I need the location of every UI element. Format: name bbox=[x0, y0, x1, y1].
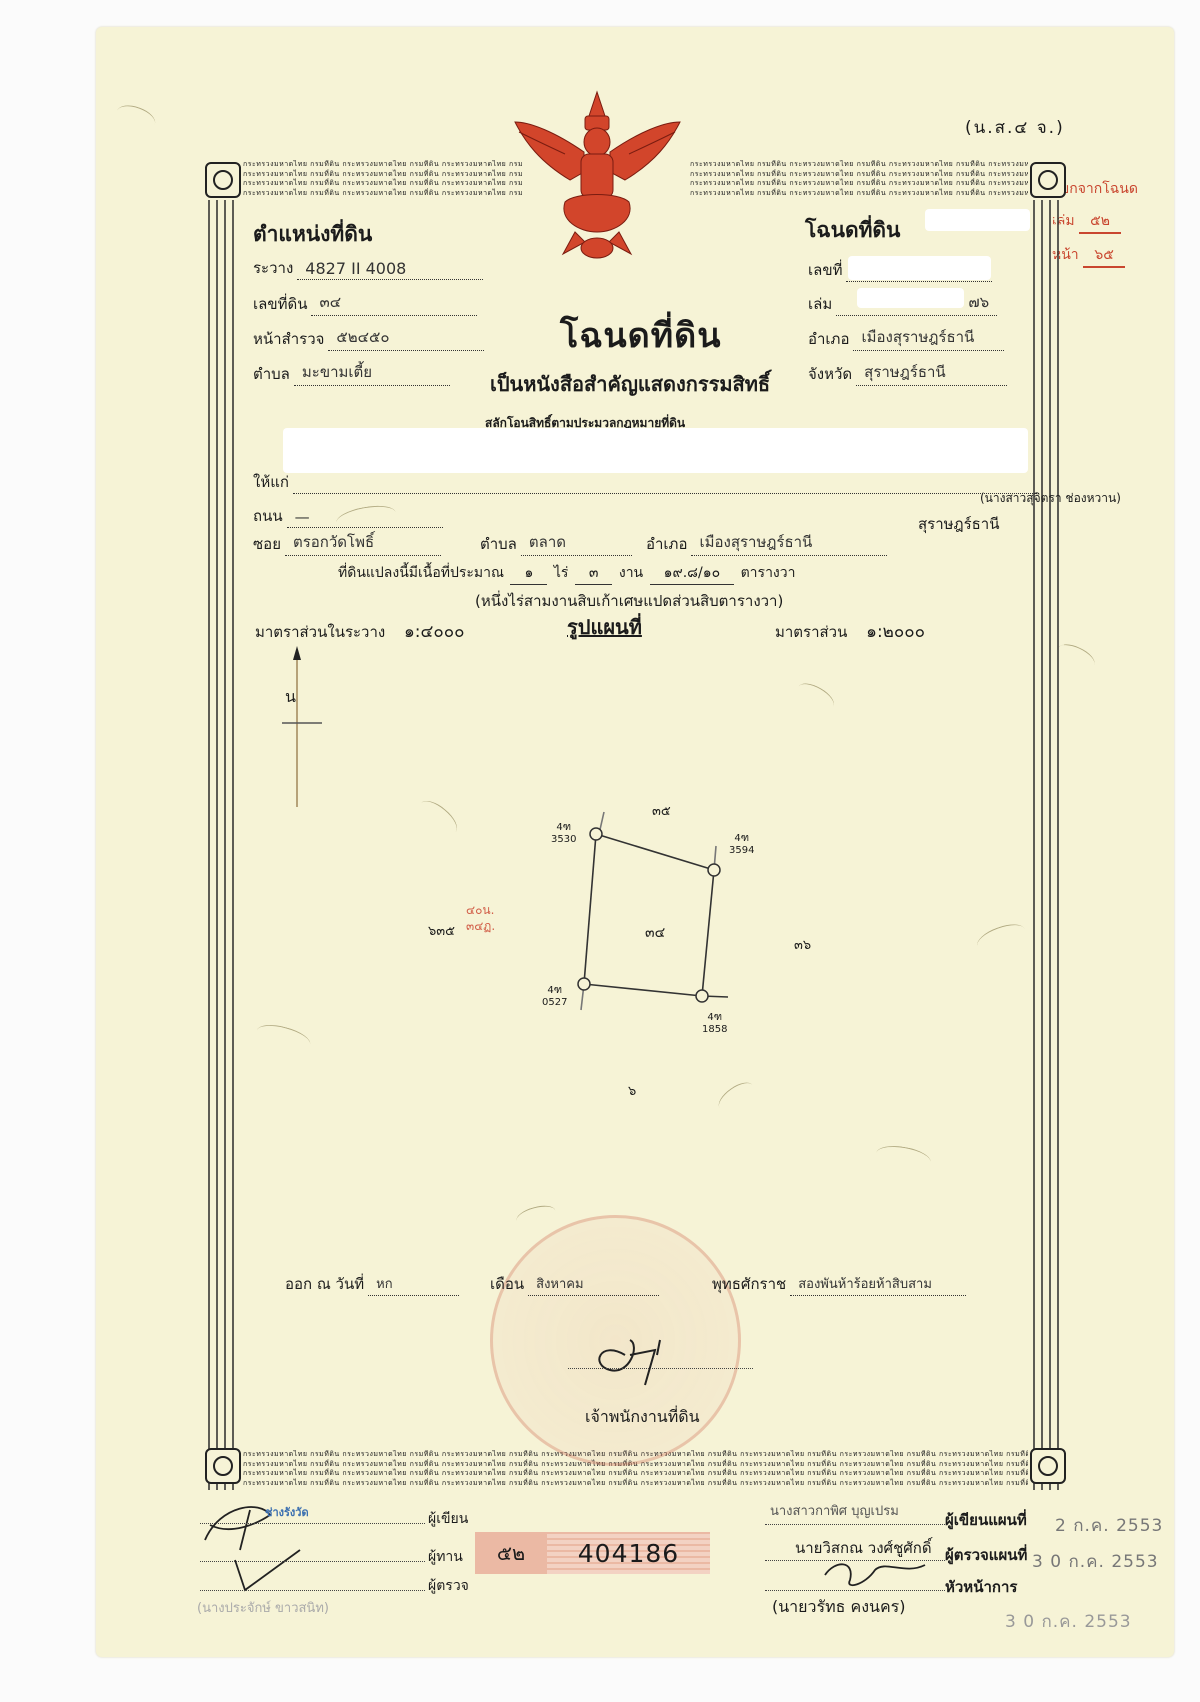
date-stamp-1: 2 ก.ค. 2553 bbox=[1055, 1512, 1163, 1539]
serial-number: 404186 bbox=[547, 1532, 710, 1574]
serial-number-box: ๕๒ 404186 bbox=[475, 1532, 710, 1574]
marker-3530: 4ฑ3530 bbox=[551, 822, 576, 846]
checker-name: (นางประจักษ์ ขาวสนิท) bbox=[197, 1597, 329, 1618]
role-reviewer: ผู้ทาน bbox=[428, 1546, 463, 1568]
surveyor-line bbox=[765, 1524, 945, 1525]
head-line bbox=[765, 1590, 945, 1591]
serial-prefix: ๕๒ bbox=[475, 1532, 547, 1574]
issue-month: เดือน สิงหาคม bbox=[490, 1272, 659, 1296]
marker-1858: 4ฑ1858 bbox=[702, 1012, 727, 1036]
role-checker: ผู้ตรวจ bbox=[428, 1575, 469, 1597]
red-reference: ๔๐น.๓๔ฏ. bbox=[466, 902, 495, 934]
marker-0527: 4ฑ0527 bbox=[542, 985, 567, 1009]
reviewer-line bbox=[200, 1561, 425, 1562]
name-head: (นายวรัทธ คงนคร) bbox=[772, 1595, 906, 1620]
neighbor-west: ๖๓๕ bbox=[428, 920, 455, 941]
neighbor-east: ๓๖ bbox=[794, 934, 811, 955]
date-stamp-3: 3 0 ก.ค. 2553 bbox=[1005, 1608, 1132, 1635]
officer-signature-line bbox=[568, 1368, 753, 1369]
role-map-checker: ผู้ตรวจแผนที่ bbox=[945, 1543, 1027, 1567]
neighbor-south: ๖ bbox=[628, 1080, 636, 1101]
issue-day: ออก ณ วันที่ หก bbox=[285, 1272, 459, 1296]
checker-line bbox=[200, 1590, 425, 1591]
role-writer: ผู้เขียน bbox=[428, 1508, 468, 1530]
parcel-number-label: ๓๔ bbox=[645, 922, 665, 944]
name-surveyor: นางสาวกาพิศ บุญเปรม bbox=[770, 1500, 899, 1521]
marker-3594: 4ฑ3594 bbox=[729, 833, 754, 857]
blue-stamp-name: ช่างรังวัด bbox=[265, 1503, 309, 1521]
signature-head bbox=[820, 1555, 930, 1595]
writer-line bbox=[200, 1523, 425, 1524]
role-head: หัวหน้าการ bbox=[945, 1575, 1017, 1599]
neighbor-north: ๓๕ bbox=[652, 800, 671, 821]
officer-title: เจ้าพนักงานที่ดิน bbox=[585, 1405, 700, 1430]
issue-year: พุทธศักราช สองพันห้าร้อยห้าสิบสาม bbox=[712, 1272, 966, 1296]
role-surveyor: ผู้เขียนแผนที่ bbox=[945, 1508, 1027, 1532]
signature-reviewer bbox=[225, 1545, 315, 1595]
date-stamp-2: 3 0 ก.ค. 2553 bbox=[1032, 1548, 1159, 1575]
officer-signature bbox=[585, 1335, 695, 1395]
